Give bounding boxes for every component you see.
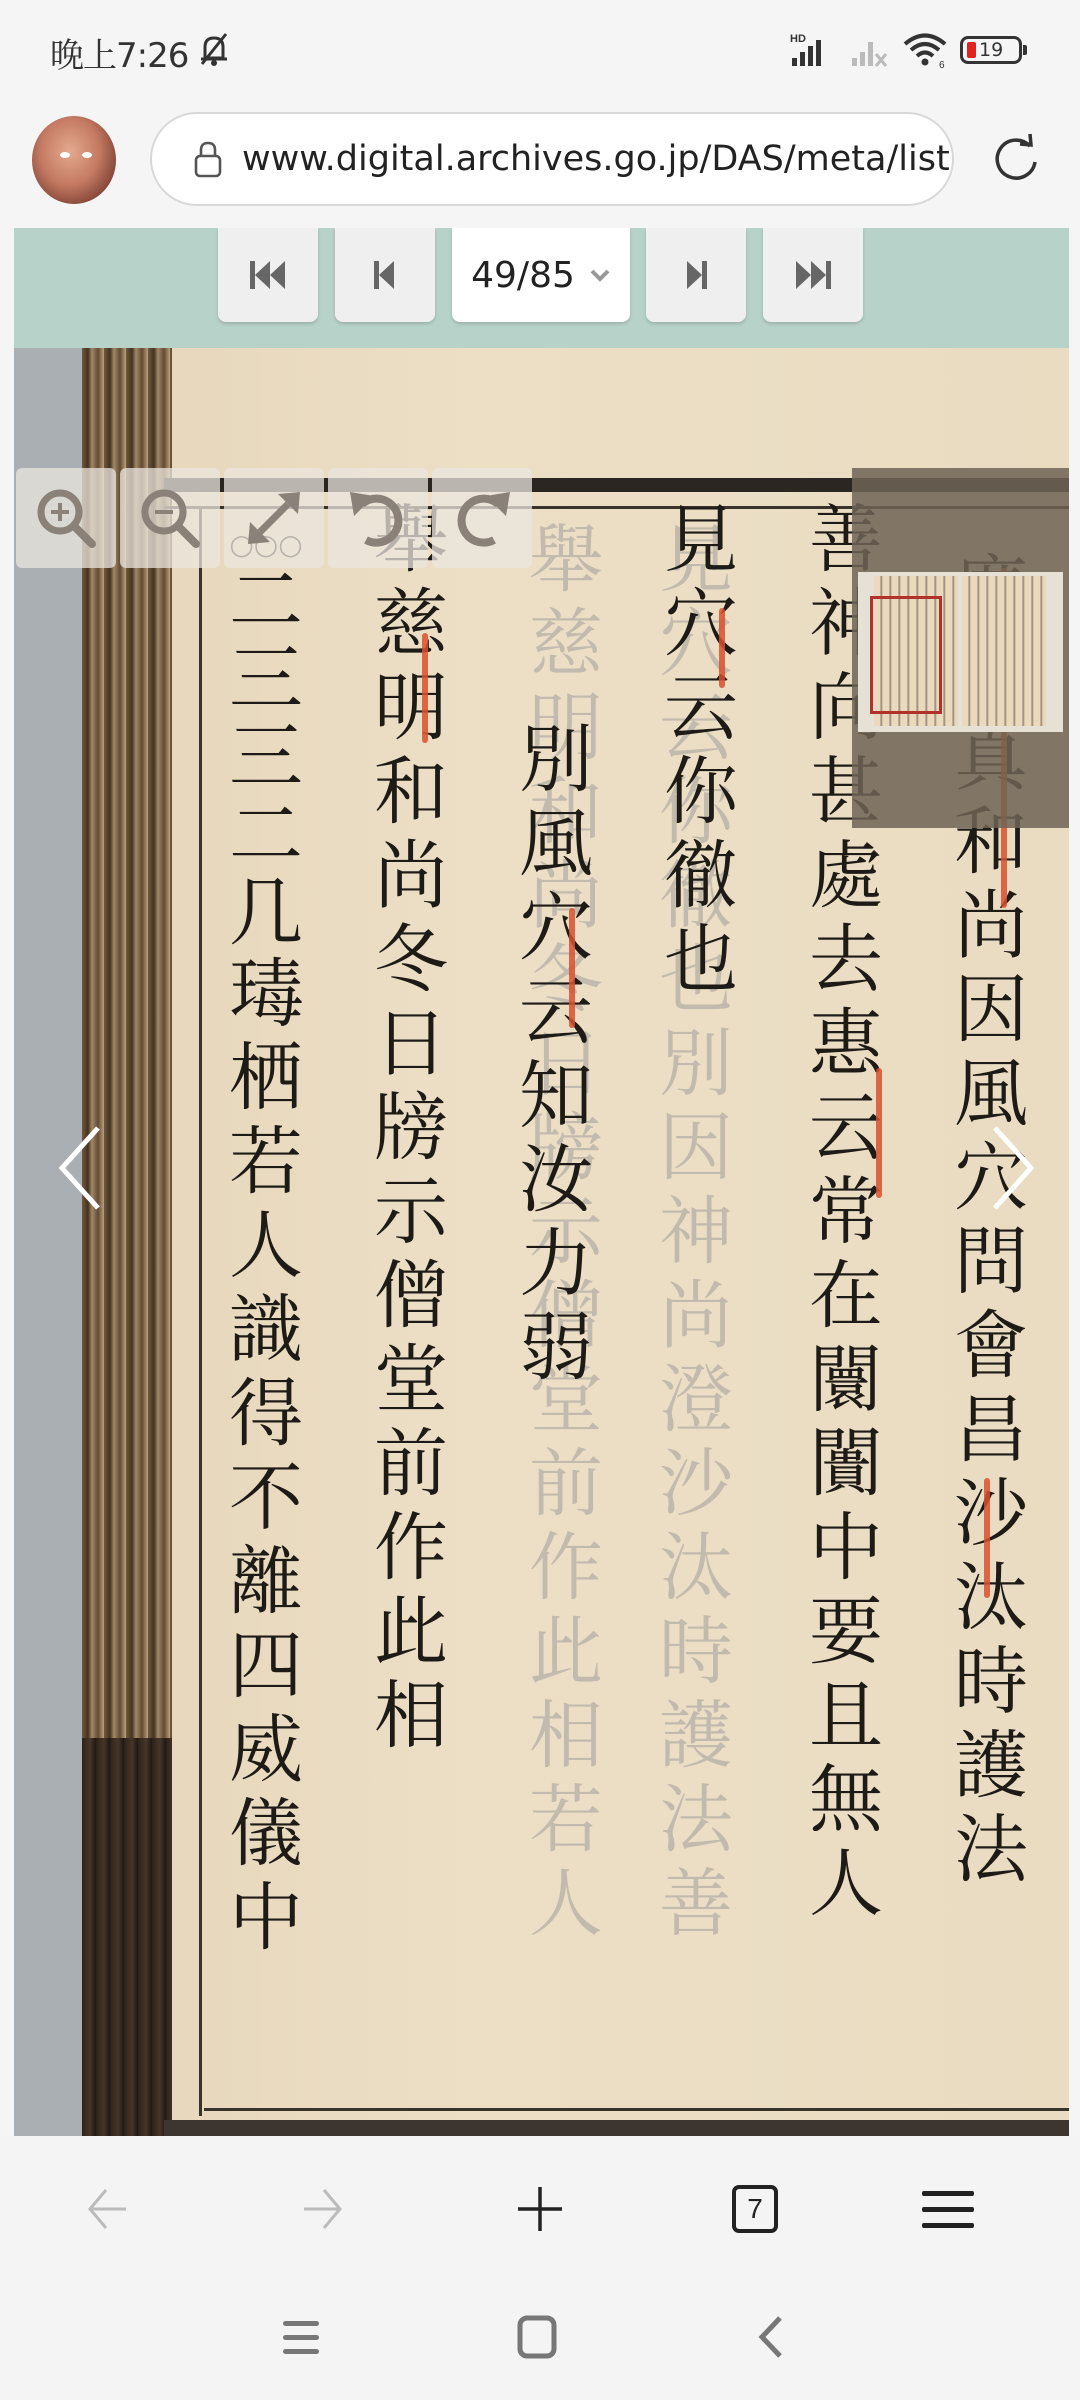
red-annotation-line xyxy=(569,908,575,1028)
border-line xyxy=(199,506,202,2116)
red-annotation-line xyxy=(719,608,725,688)
reload-icon[interactable] xyxy=(990,132,1042,188)
scanned-page[interactable]: 舉慈明和尚冬日牓示僧堂前作此相若人 見穴云你徹也別因神尚澄沙汰時護法善 廣慧真和… xyxy=(14,348,1069,2136)
first-page-button[interactable] xyxy=(218,228,318,322)
forward-button[interactable] xyxy=(288,2174,358,2244)
signal-hd-icon: HD xyxy=(790,32,838,68)
recents-button[interactable] xyxy=(266,2302,336,2372)
page-select[interactable]: 49/85 xyxy=(452,228,630,322)
battery-level-bar xyxy=(967,42,976,58)
text-column: ○○○ 二三三二几瑇栖若人識得不離四威儀中 xyxy=(229,528,303,1960)
skip-first-icon xyxy=(248,258,288,292)
next-page-button[interactable] xyxy=(646,228,746,322)
profile-avatar[interactable] xyxy=(32,116,116,204)
svg-text:HD: HD xyxy=(790,33,806,45)
minimap-page-spread xyxy=(858,572,1063,732)
plus-icon xyxy=(516,2185,564,2233)
book-spine-shadow xyxy=(82,1738,172,2136)
browser-bottom-bar: 7 xyxy=(0,2136,1080,2280)
home-icon xyxy=(516,2314,558,2360)
battery-icon: 19 xyxy=(960,36,1022,64)
system-back-button[interactable] xyxy=(736,2302,806,2372)
fullscreen-button[interactable] xyxy=(224,468,324,568)
page-navigation-bar: 49/85 xyxy=(14,228,1069,348)
battery-level: 19 xyxy=(979,39,1003,61)
image-viewer: 49/85 舉慈明和尚冬日牓示 xyxy=(14,228,1069,2136)
url-text[interactable]: www.digital.archives.go.jp/DAS/meta/list xyxy=(242,139,950,179)
chevron-right-icon[interactable] xyxy=(979,1118,1039,1218)
tab-count: 7 xyxy=(732,2185,778,2233)
rotate-right-button[interactable] xyxy=(432,468,532,568)
menu-button[interactable] xyxy=(913,2174,983,2244)
text-column: 舉慈明和尚冬日牓示僧堂前作此相 xyxy=(374,498,448,1758)
rotate-right-icon xyxy=(448,484,516,552)
system-navigation-bar xyxy=(0,2280,1080,2400)
rotate-left-button[interactable] xyxy=(328,468,428,568)
zoom-out-button[interactable] xyxy=(120,468,220,568)
home-button[interactable] xyxy=(502,2302,572,2372)
signal-no-service-icon xyxy=(850,32,890,68)
next-page-icon xyxy=(681,258,711,292)
prev-page-button[interactable] xyxy=(335,228,435,322)
chevron-left-icon[interactable] xyxy=(54,1118,114,1218)
navigator-minimap[interactable] xyxy=(852,468,1069,828)
viewer-toolbar xyxy=(16,468,532,568)
svg-text:6: 6 xyxy=(939,60,945,69)
red-annotation-line xyxy=(422,633,428,743)
zoom-in-icon xyxy=(32,484,100,552)
browser-toolbar: www.digital.archives.go.jp/DAS/meta/list xyxy=(0,100,1080,228)
text-column: 見穴云你徹也 xyxy=(664,498,738,1002)
status-time: 晚上7:26 xyxy=(50,28,188,77)
fullscreen-icon xyxy=(240,484,308,552)
back-button[interactable] xyxy=(72,2174,142,2244)
rotate-left-icon xyxy=(344,484,412,552)
page-indicator: 49/85 xyxy=(471,255,575,296)
new-tab-button[interactable] xyxy=(505,2174,575,2244)
status-bar: 晚上7:26 HD 6 19 xyxy=(0,0,1080,100)
back-arrow-icon xyxy=(84,2186,130,2232)
border-line xyxy=(204,2108,1069,2111)
zoom-out-icon xyxy=(136,484,204,552)
skip-last-icon xyxy=(793,258,833,292)
prev-page-icon xyxy=(370,258,400,292)
lock-icon xyxy=(188,139,228,179)
minimap-viewport[interactable] xyxy=(870,596,942,714)
address-bar[interactable]: www.digital.archives.go.jp/DAS/meta/list xyxy=(150,112,954,206)
red-annotation-line xyxy=(876,1068,882,1198)
hamburger-menu-icon xyxy=(920,2187,976,2231)
red-annotation-line xyxy=(984,1478,990,1598)
border-line xyxy=(164,2120,1069,2136)
zoom-in-button[interactable] xyxy=(16,468,116,568)
forward-arrow-icon xyxy=(300,2186,346,2232)
system-back-icon xyxy=(754,2314,788,2360)
wifi-icon: 6 xyxy=(902,31,948,69)
bell-muted-icon xyxy=(196,30,232,68)
last-page-button[interactable] xyxy=(763,228,863,322)
recents-icon xyxy=(281,2317,321,2357)
chevron-down-icon xyxy=(589,268,611,282)
tabs-button[interactable]: 7 xyxy=(720,2174,790,2244)
text-column: 別風穴云知汝力弱 xyxy=(519,718,593,1390)
